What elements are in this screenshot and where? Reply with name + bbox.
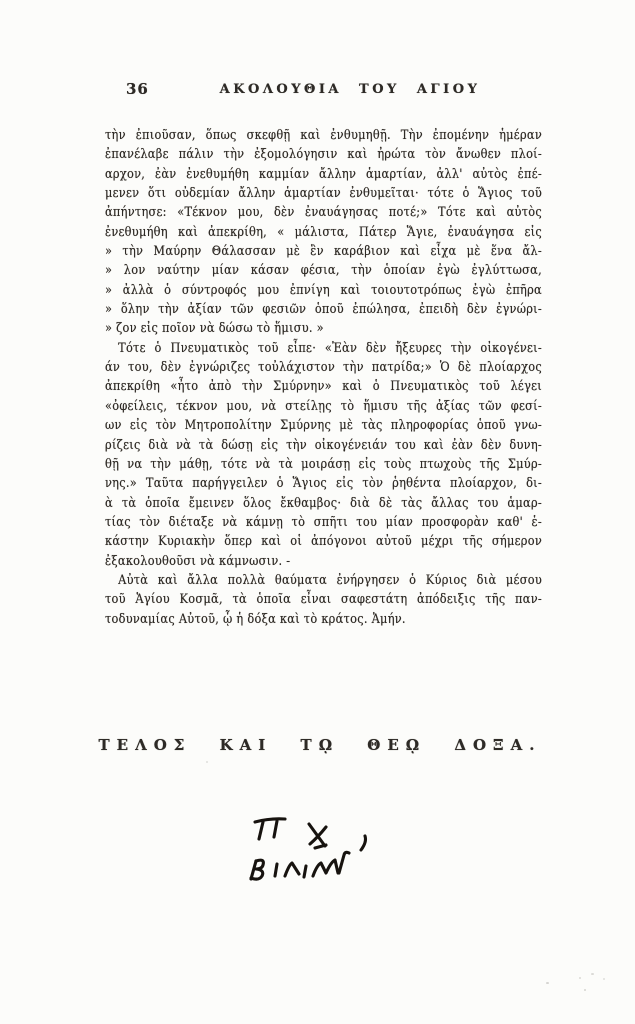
scan-speck bbox=[206, 761, 208, 763]
signature-stroke bbox=[304, 866, 306, 877]
signature-stroke bbox=[275, 864, 277, 876]
signature-stroke bbox=[339, 852, 349, 873]
signature-stroke bbox=[361, 836, 366, 850]
text-line: ρίζεις διὰ νὰ τὰ δώσῃ εἰς τὴν οἰκογένειά… bbox=[105, 436, 542, 455]
text-line: κάστην Κυριακὴν ὅπερ καὶ οἱ ἀπόγονοι αὐτ… bbox=[105, 532, 542, 551]
body-text: τὴν ἐπιοῦσαν, ὅπως σκεφθῇ καὶ ἐνθυμηθῇ. … bbox=[105, 126, 542, 629]
signature-stroke bbox=[274, 821, 277, 837]
signature-stroke bbox=[255, 819, 285, 822]
text-line: θῇ να τὴν μάθῃ, τότε νὰ τὰ μοιράσῃ εἰς τ… bbox=[105, 455, 542, 474]
text-line: ἐξακολουθοῦσι νὰ κάμνωσιν. - bbox=[105, 552, 542, 571]
text-line: » ζον εἰς ποῖον νὰ δώσω τὸ ἥμισυ. » bbox=[105, 319, 542, 338]
text-line: αρχον, ἐὰν ἐνεθυμήθη καμμίαν ἄλλην ἁμαρτ… bbox=[105, 165, 542, 184]
text-line: τίας τὸν διέταξε νὰ κάμνῃ τὸ σπῆτι του μ… bbox=[105, 513, 542, 532]
text-line: » ὅλην τὴν ἀξίαν τῶν φεσιῶν ὁποῦ ἐπώλησα… bbox=[105, 300, 542, 319]
signature-stroke bbox=[259, 822, 263, 839]
telos-line: ΤΕΛΟΣ ΚΑΙ Τῼ ΘΕῼ ΔΟΞΑ. bbox=[70, 736, 570, 754]
signature-stroke bbox=[315, 845, 326, 848]
text-line: ων εἰς τὸν Μητροπολίτην Σμύρνης μὲ τὰς π… bbox=[105, 416, 542, 435]
text-line: » τὴν Μαύρην Θάλασσαν μὲ ἓν καράβιον καὶ… bbox=[105, 242, 542, 261]
text-line: ἀπεκρίθη «ἦτο ἀπὸ τὴν Σμύρνην» καὶ ὁ Πνε… bbox=[105, 377, 542, 396]
signature-stroke bbox=[313, 860, 338, 876]
text-line: μενεν ὅτι οὐδεμίαν ἄλλην ἁμαρτίαν ἐνθυμε… bbox=[105, 184, 542, 203]
book-page: 36 ΑΚΟΛΟΥΘΙΑ ΤΟΥ ΑΓΙΟΥ τὴν ἐπιοῦσαν, ὅπω… bbox=[0, 0, 635, 1024]
text-line: Τότε ὁ Πνευματικὸς τοῦ εἶπε· «Ἐὰν δὲν ἤξ… bbox=[105, 339, 542, 358]
text-line: ὰ τὰ ὁποῖα ἔμεινεν ὅλος ἔκθαμβος· διὰ δὲ… bbox=[105, 494, 542, 513]
scan-speck bbox=[584, 989, 586, 991]
handwritten-signature: Π χ , Βιλινί (handwritten pencil inscrip… bbox=[245, 812, 420, 897]
text-line: ἐνεθυμήθη καὶ ἀπεκρίθη, « μάλιστα, Πάτερ… bbox=[105, 223, 542, 242]
text-line: ἐπανέλαβε πάλιν τὴν ἐξομολόγησιν καὶ ἠρώ… bbox=[105, 145, 542, 164]
text-line: «ὀφείλεις, τέκνον μου, νὰ στείλῃς τὸ ἥμι… bbox=[105, 397, 542, 416]
running-title: ΑΚΟΛΟΥΘΙΑ ΤΟΥ ΑΓΙΟΥ bbox=[105, 82, 540, 97]
scan-speck bbox=[591, 973, 594, 975]
text-line: τοῦ Ἁγίου Κοσμᾶ, τὰ ὁποῖα εἶναι σαφεστάτ… bbox=[105, 590, 542, 609]
text-line: ἀπήντησε: «Τέκνον μου, δὲν ἐναυάγησας πο… bbox=[105, 203, 542, 222]
signature-stroke bbox=[285, 863, 299, 876]
scan-speck bbox=[603, 978, 605, 980]
text-line: » ἀλλὰ ὁ σύντροφός μου ἐπνίγη καὶ τοιουτ… bbox=[105, 281, 542, 300]
scan-speck bbox=[579, 977, 581, 979]
text-line: άν του, δὲν ἐγνώριζες τοὐλάχιστον τὴν πα… bbox=[105, 358, 542, 377]
text-line: Αὐτὰ καὶ ἄλλα πολλὰ θαύματα ἐνήργησεν ὁ … bbox=[105, 571, 542, 590]
text-line: νης.» Ταῦτα παρήγγειλεν ὁ Ἅγιος εἰς τὸν … bbox=[105, 474, 542, 493]
scan-speck bbox=[546, 982, 549, 984]
text-line: τὴν ἐπιοῦσαν, ὅπως σκεφθῇ καὶ ἐνθυμηθῇ. … bbox=[105, 126, 542, 145]
text-line: τοδυναμίας Αὐτοῦ, ᾧ ἡ δόξα καὶ τὸ κράτος… bbox=[105, 610, 542, 629]
text-line: » λον ναύτην μίαν κάσαν φέσια, τὴν ὁποία… bbox=[105, 261, 542, 280]
